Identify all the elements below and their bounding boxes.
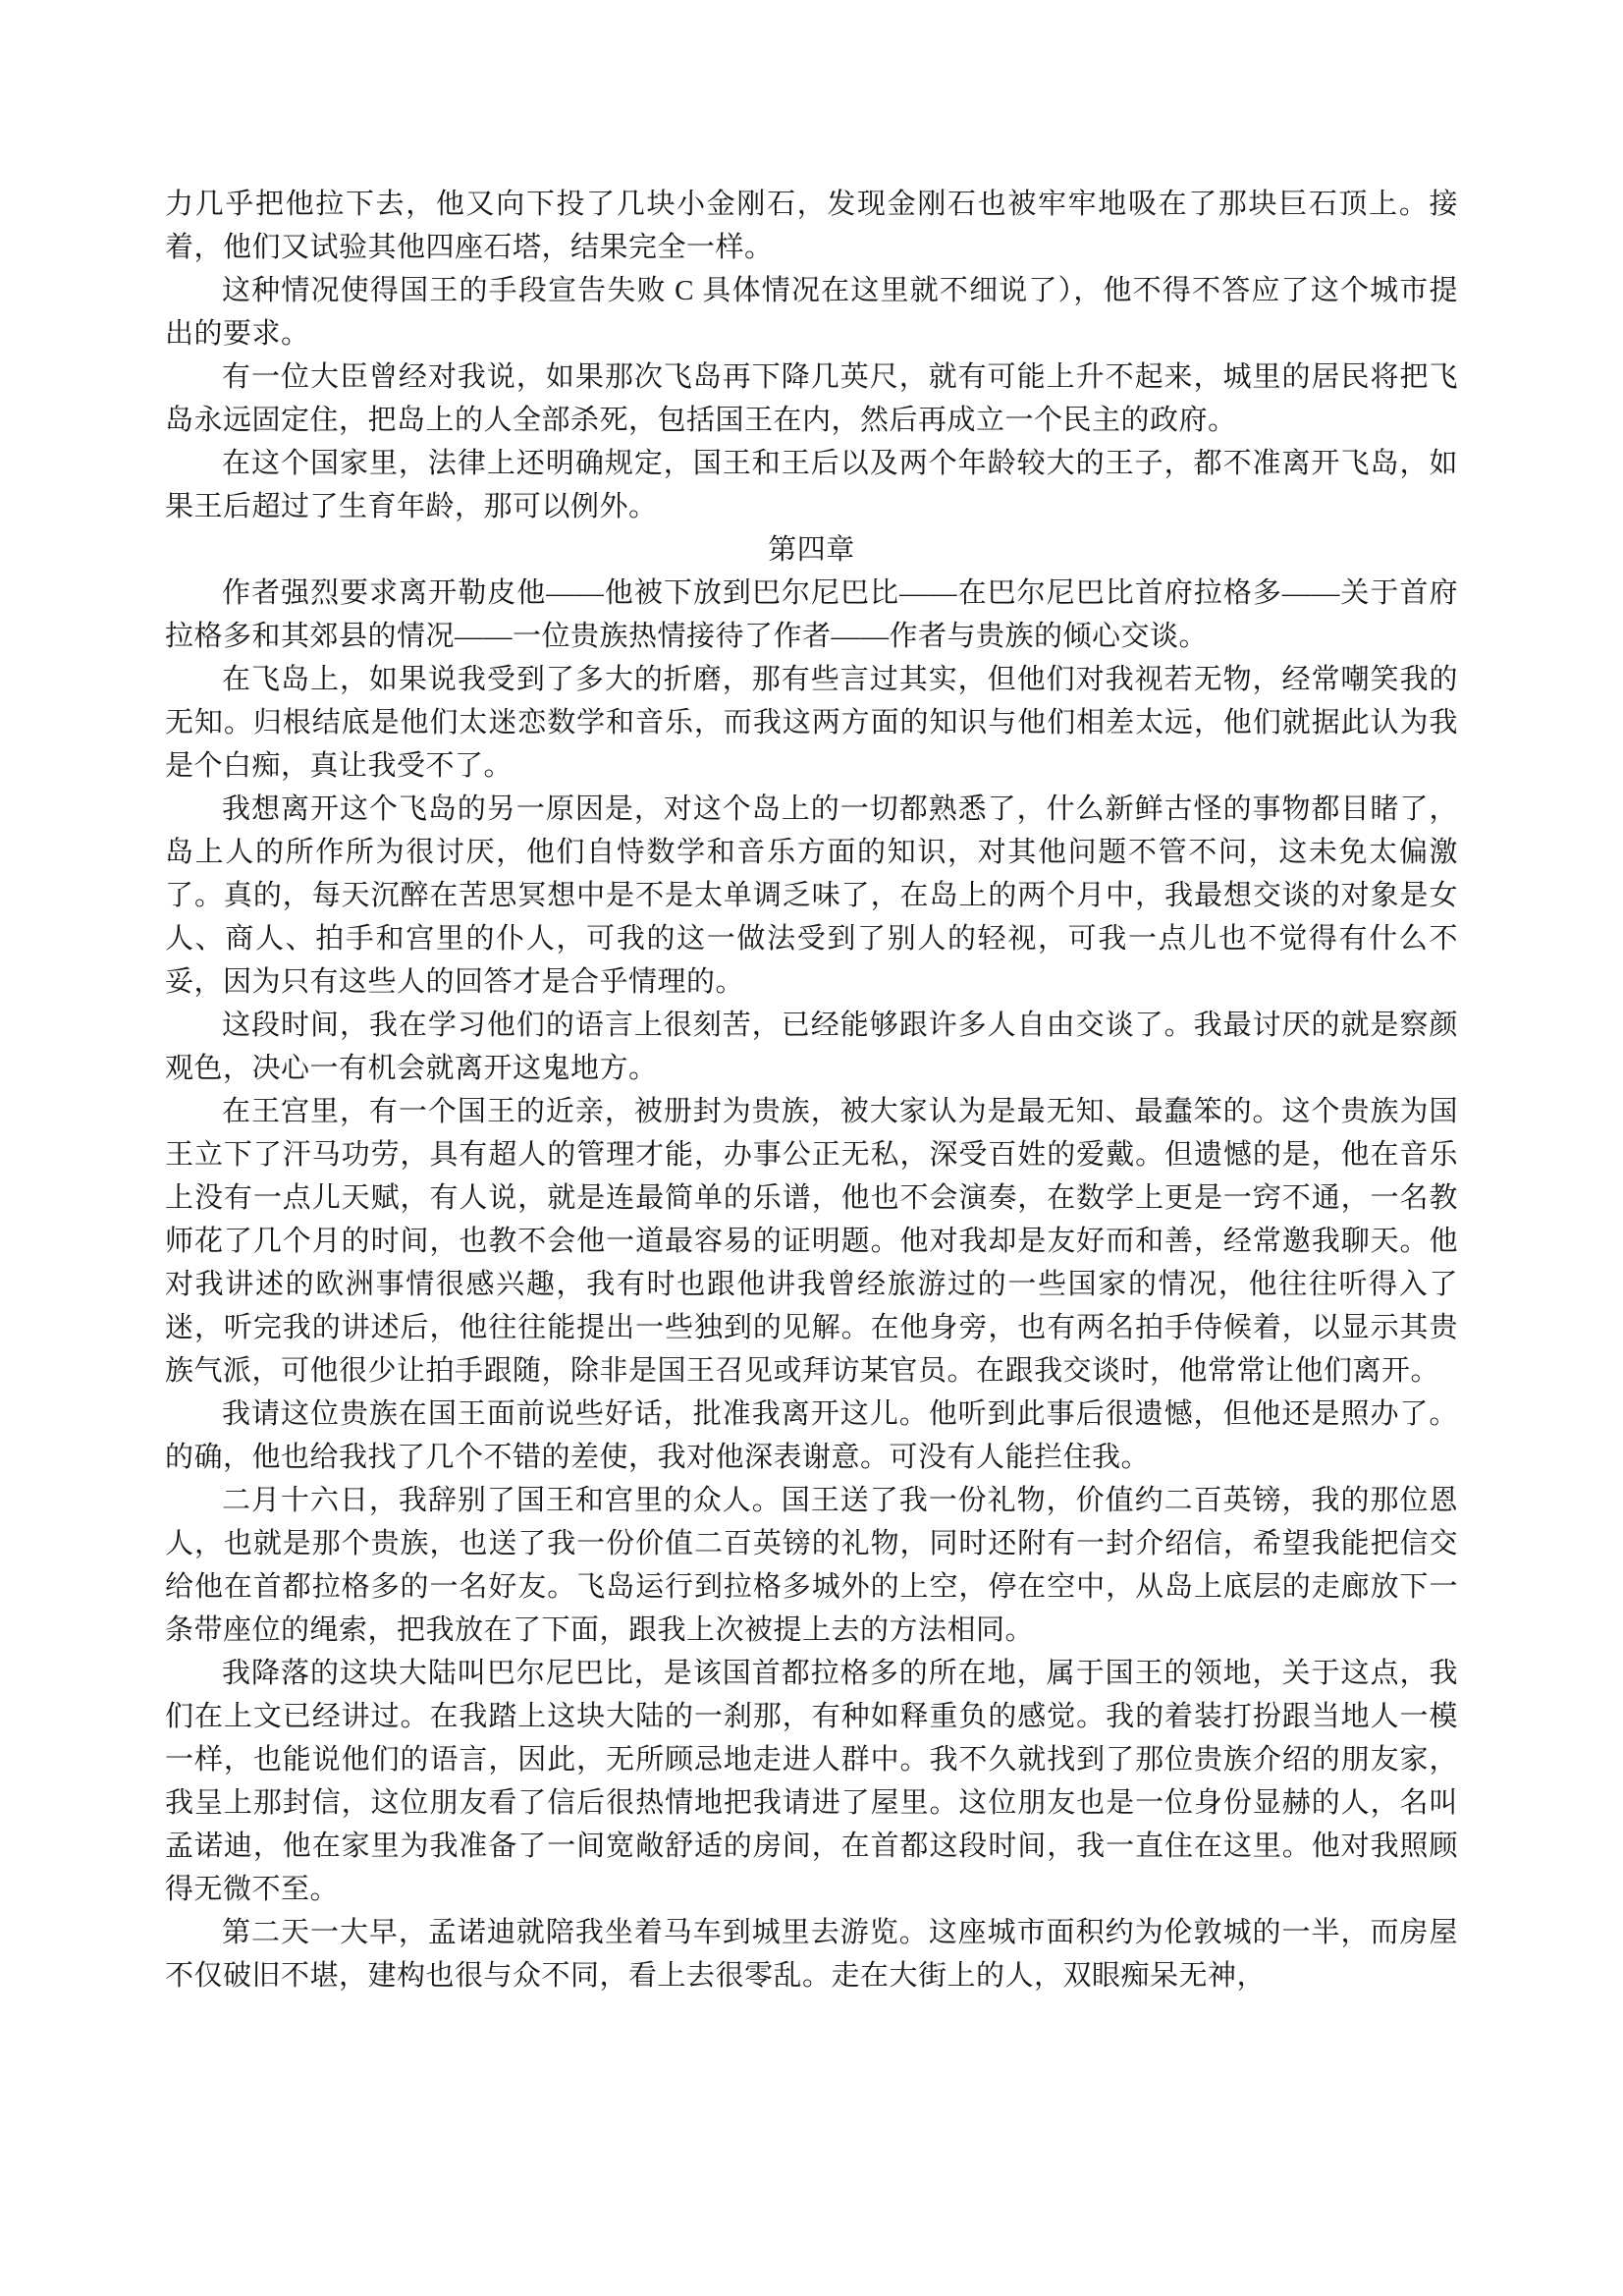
paragraph: 我请这位贵族在国王面前说些好话，批准我离开这儿。他听到此事后很遗憾，但他还是照办… <box>165 1393 1458 1479</box>
page-text-block: 力几乎把他拉下去，他又向下投了几块小金刚石，发现金刚石也被牢牢地吸在了那块巨石顶… <box>165 183 1458 1997</box>
paragraph: 我降落的这块大陆叫巴尔尼巴比，是该国首都拉格多的所在地，属于国王的领地，关于这点… <box>165 1652 1458 1911</box>
paragraph: 这段时间，我在学习他们的语言上很刻苦，已经能够跟许多人自由交谈了。我最讨厌的就是… <box>165 1004 1458 1090</box>
paragraph: 在飞岛上，如果说我受到了多大的折磨，那有些言过其实，但他们对我视若无物，经常嘲笑… <box>165 658 1458 788</box>
paragraph-continuation: 力几乎把他拉下去，他又向下投了几块小金刚石，发现金刚石也被牢牢地吸在了那块巨石顶… <box>165 183 1458 269</box>
document-page: 力几乎把他拉下去，他又向下投了几块小金刚石，发现金刚石也被牢牢地吸在了那块巨石顶… <box>0 0 1623 2296</box>
paragraph: 二月十六日，我辞别了国王和宫里的众人。国王送了我一份礼物，价值约二百英镑，我的那… <box>165 1479 1458 1652</box>
paragraph: 在王宫里，有一个国王的近亲，被册封为贵族，被大家认为是最无知、最蠢笨的。这个贵族… <box>165 1090 1458 1393</box>
paragraph: 有一位大臣曾经对我说，如果那次飞岛再下降几英尺，就有可能上升不起来，城里的居民将… <box>165 355 1458 442</box>
paragraph: 第二天一大早，孟诺迪就陪我坐着马车到城里去游览。这座城市面积约为伦敦城的一半，而… <box>165 1911 1458 1997</box>
chapter-heading: 第四章 <box>165 528 1458 572</box>
paragraph: 在这个国家里，法律上还明确规定，国王和王后以及两个年龄较大的王子，都不准离开飞岛… <box>165 442 1458 528</box>
paragraph: 这种情况使得国王的手段宣告失败 C 具体情况在这里就不细说了），他不得不答应了这… <box>165 269 1458 355</box>
chapter-summary-paragraph: 作者强烈要求离开勒皮他——他被下放到巴尔尼巴比——在巴尔尼巴比首府拉格多——关于… <box>165 572 1458 658</box>
paragraph: 我想离开这个飞岛的另一原因是，对这个岛上的一切都熟悉了，什么新鲜古怪的事物都目睹… <box>165 788 1458 1004</box>
